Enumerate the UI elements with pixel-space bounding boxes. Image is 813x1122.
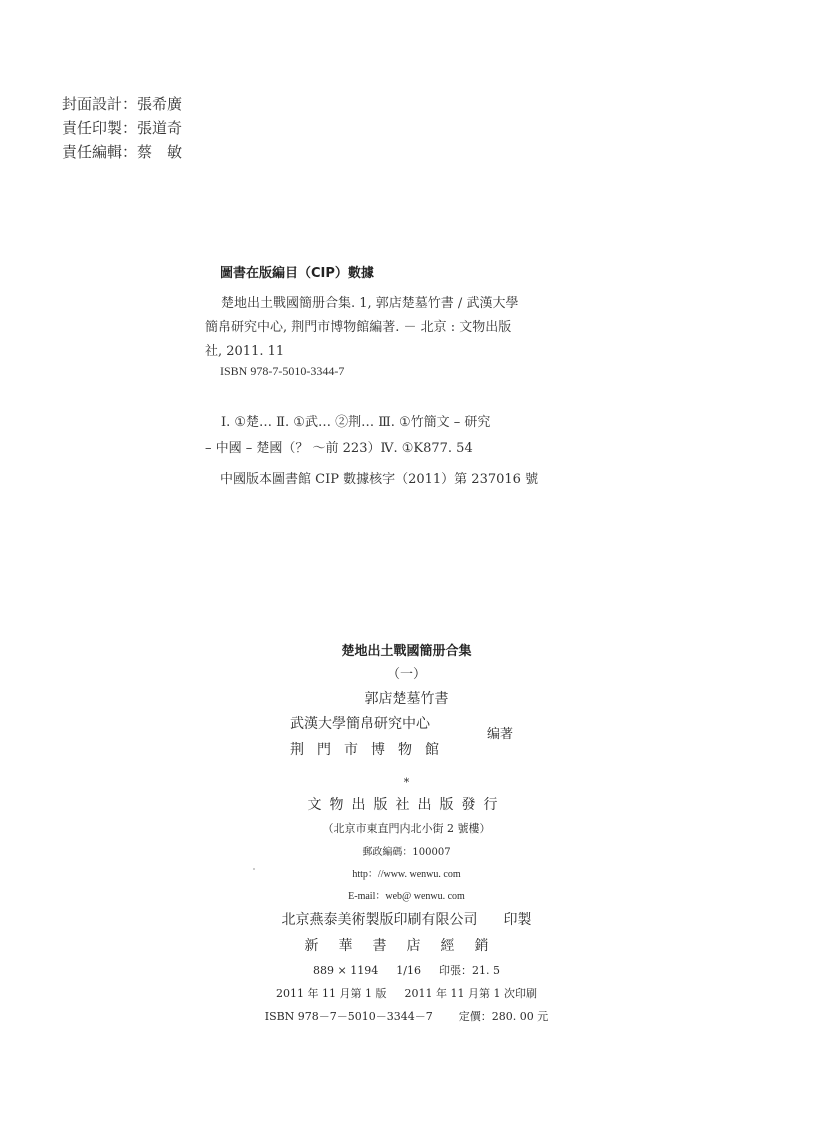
- printing-date: 2011 年 11 月第 1 次印刷: [405, 987, 537, 1000]
- credit-cover-design: 封面設計：張希廣: [62, 92, 182, 116]
- publisher: 文物出版社出版發行: [0, 794, 813, 814]
- paper-format: 889 × 1194: [313, 964, 378, 977]
- credit-print-supervisor: 責任印製：張道奇: [62, 116, 182, 140]
- separator-star: *: [0, 776, 813, 789]
- cip-title: 圖書在版編目（CIP）數據: [220, 262, 374, 281]
- email-address: E-mail：web@ wenwu. com: [0, 887, 813, 902]
- credit-role: 封面設計：: [62, 95, 137, 113]
- volume-number: （一）: [0, 663, 813, 682]
- authors-block: 武漢大學簡帛研究中心 荆門市博物館: [290, 711, 452, 763]
- cip-desc-line: 簡帛研究中心, 荆門市博物館編著. － 北京 : 文物出版: [205, 316, 585, 340]
- author-line: 荆門市博物館: [290, 737, 452, 763]
- book-subtitle: 郭店楚墓竹書: [0, 688, 813, 708]
- cip-verification: 中國版本圖書館 CIP 數據核字（2011）第 237016 號: [220, 468, 538, 487]
- printer-role: 印製: [504, 912, 532, 928]
- author-role: 编著: [487, 723, 513, 742]
- cip-desc-line: 社, 2011. 11: [205, 340, 585, 364]
- credit-editor: 責任編輯：蔡 敏: [62, 140, 182, 164]
- credit-role: 責任編輯：: [62, 143, 137, 161]
- printer-line: 北京燕泰美術製版印刷有限公司印製: [0, 909, 813, 929]
- distributor: 新華書店經銷: [0, 935, 813, 955]
- printer-name: 北京燕泰美術製版印刷有限公司: [282, 912, 478, 928]
- cip-description: 楚地出土戰國簡册合集. 1, 郭店楚墓竹書 / 武漢大學 簡帛研究中心, 荆門市…: [205, 292, 585, 364]
- credit-name: 張道奇: [137, 119, 182, 137]
- cip-desc-line: 楚地出土戰國簡册合集. 1, 郭店楚墓竹書 / 武漢大學: [205, 292, 585, 316]
- author-line: 武漢大學簡帛研究中心: [290, 711, 452, 737]
- specs-line: 889 × 11941/16印張：21. 5: [0, 962, 813, 978]
- cip-class-line: Ⅰ. ①楚… Ⅱ. ①武… ②荆… Ⅲ. ①竹簡文 – 研究: [205, 410, 490, 436]
- credit-name: 張希廣: [137, 95, 182, 113]
- colophon-isbn: ISBN 978－7－5010－3344－7: [265, 1010, 433, 1023]
- edition-line: 2011 年 11 月第 1 版2011 年 11 月第 1 次印刷: [0, 985, 813, 1001]
- credits-block: 封面設計：張希廣 責任印製：張道奇 責任編輯：蔡 敏: [62, 92, 182, 164]
- isbn-price-line: ISBN 978－7－5010－3344－7定價：280. 00 元: [0, 1008, 813, 1024]
- website-link: http：//www. wenwu. com: [0, 865, 813, 880]
- cip-class-line: – 中國 – 楚國（？ ～前 223）Ⅳ. ①K877. 54: [205, 436, 490, 462]
- print-sheets: 印張：21. 5: [439, 964, 500, 977]
- cip-classification: Ⅰ. ①楚… Ⅱ. ①武… ②荆… Ⅲ. ①竹簡文 – 研究 – 中國 – 楚國…: [205, 410, 490, 462]
- edition-date: 2011 年 11 月第 1 版: [276, 987, 386, 1000]
- credit-role: 責任印製：: [62, 119, 137, 137]
- fold-size: 1/16: [396, 964, 421, 977]
- cip-isbn: ISBN 978-7-5010-3344-7: [220, 364, 344, 379]
- book-title: 楚地出土戰國簡册合集: [0, 640, 813, 659]
- publisher-address: （北京市東直門内北小街 2 號樓）: [0, 820, 813, 836]
- price: 定價：280. 00 元: [459, 1010, 548, 1023]
- postal-code: 郵政編碼：100007: [0, 843, 813, 858]
- credit-name: 蔡 敏: [137, 143, 182, 161]
